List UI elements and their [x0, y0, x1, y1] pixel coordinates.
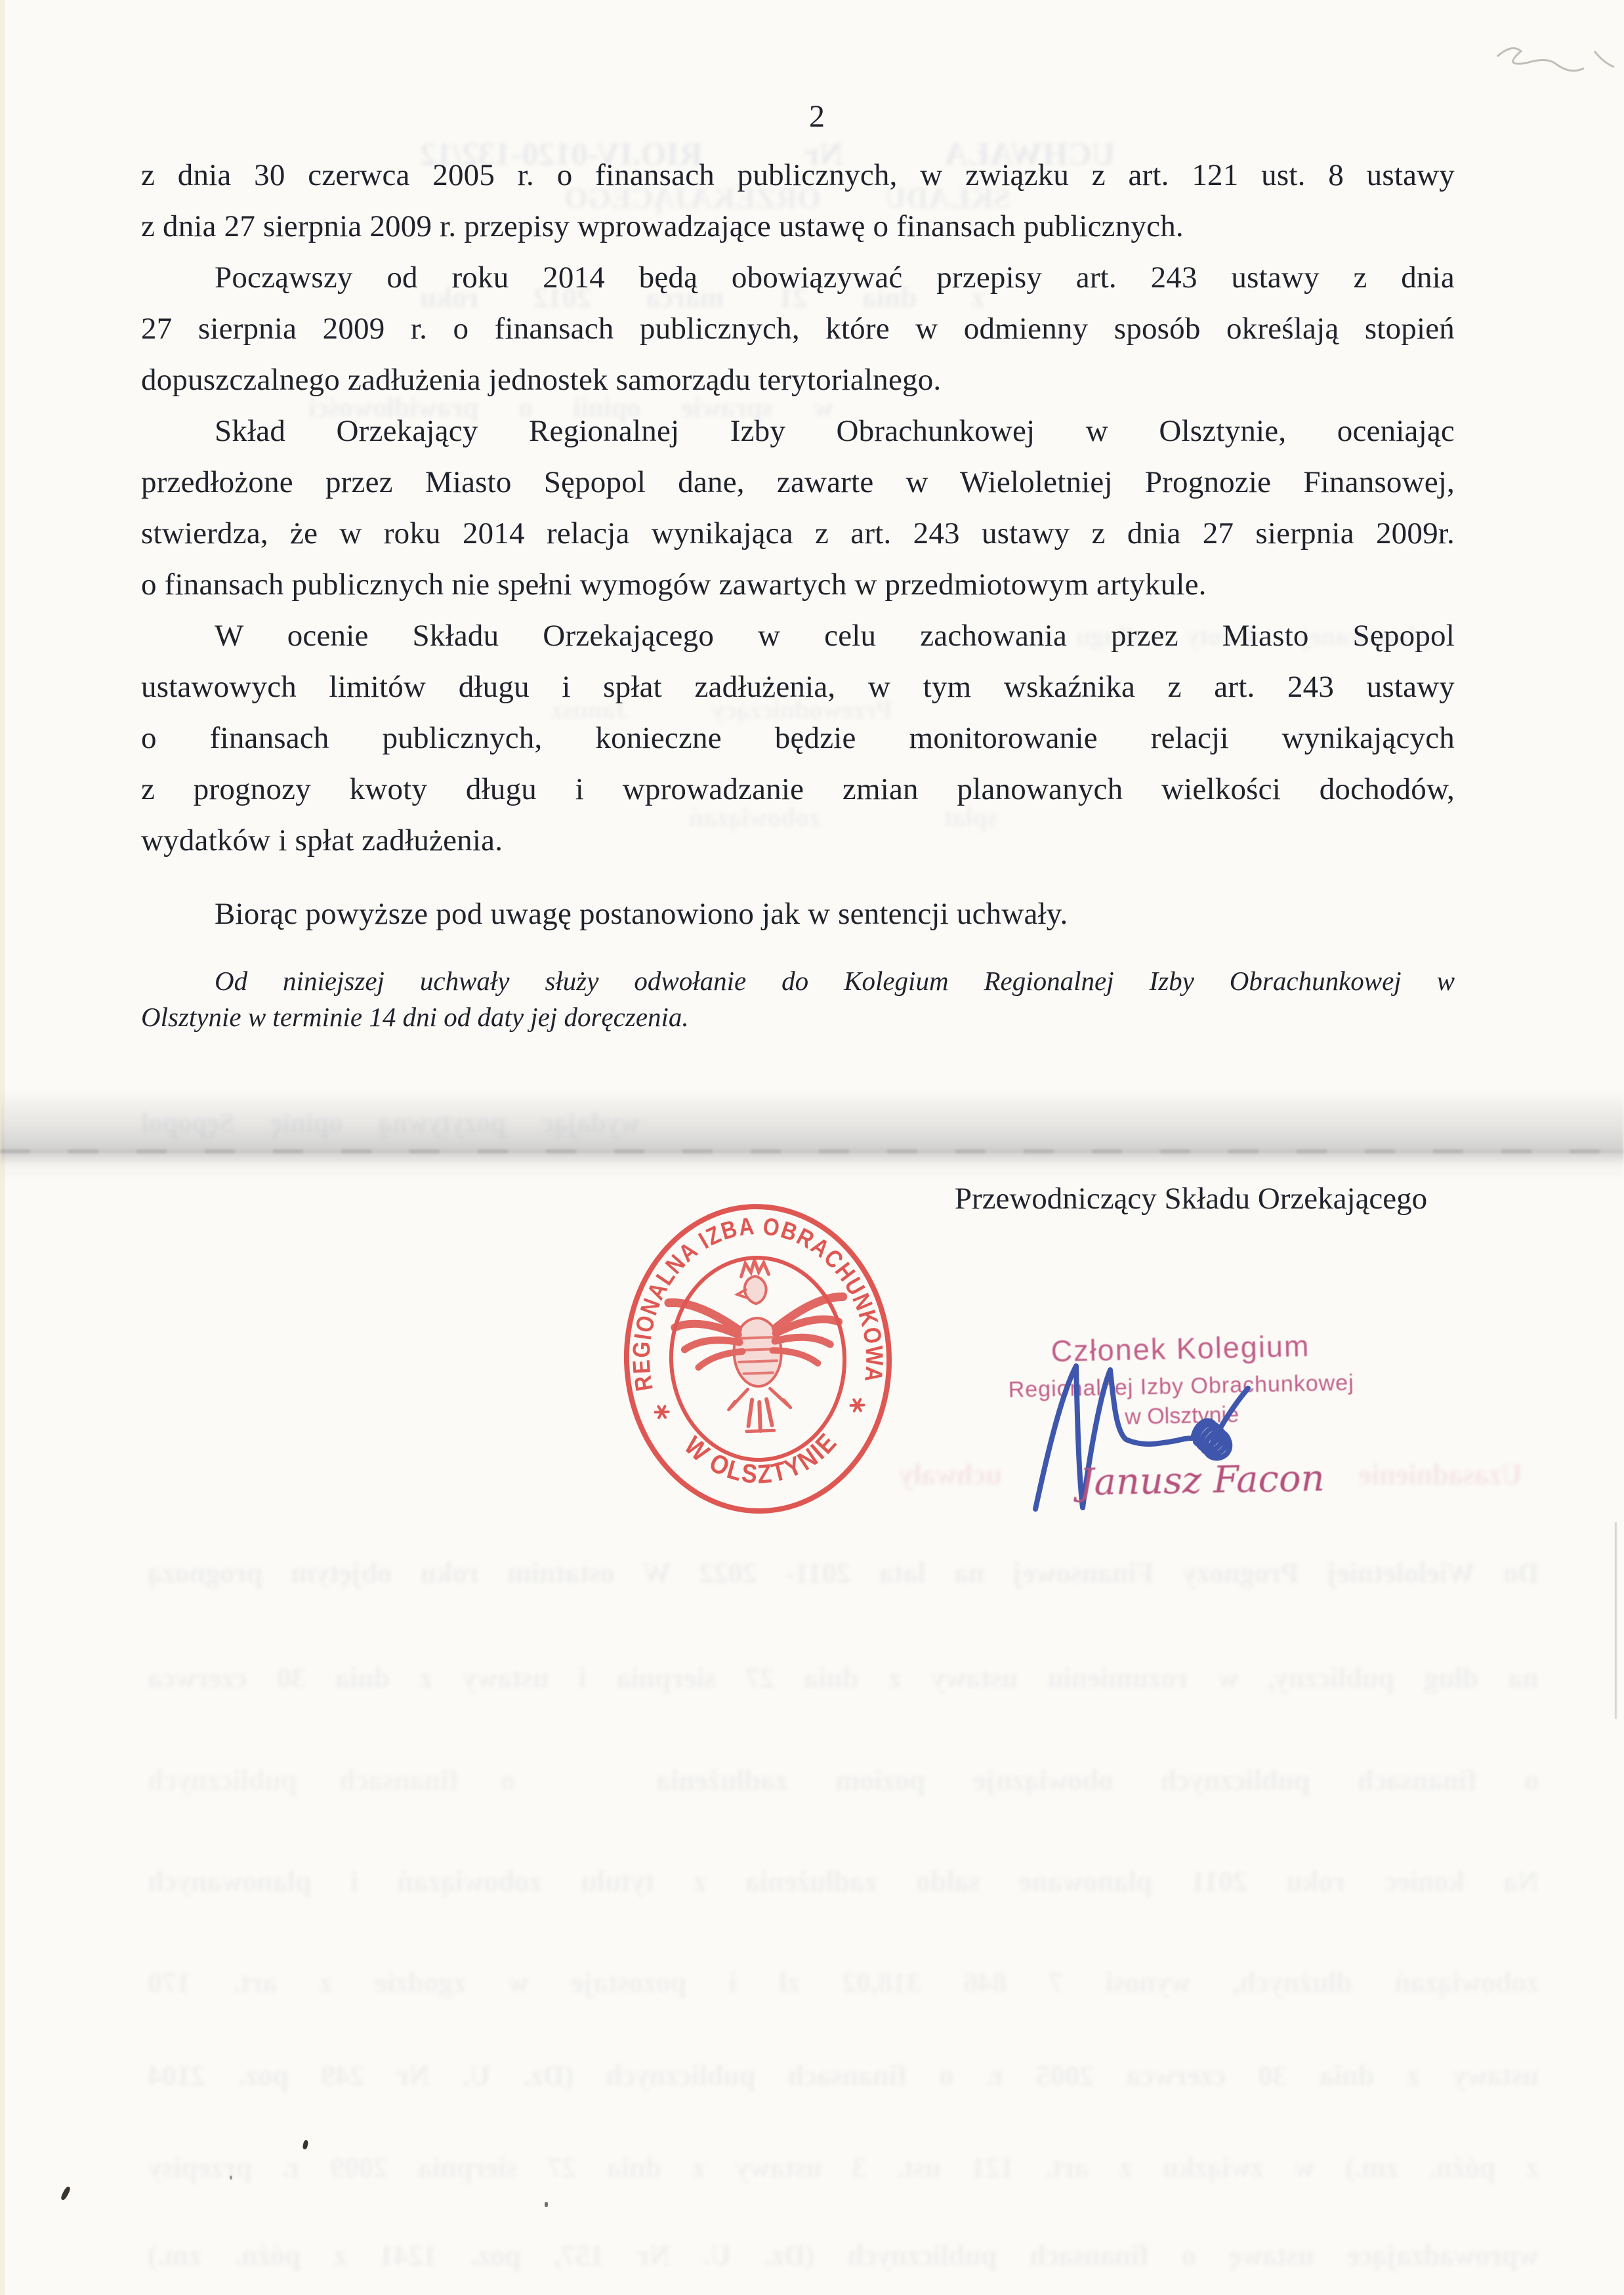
bleedthrough-text: ustawy z dnia 30 czerwca 2005 r. o finan…	[148, 2059, 1539, 2095]
body-line: W ocenie Składu Orzekającego w celu zach…	[141, 610, 1455, 661]
body-line: z dnia 27 sierpnia 2009 r. przepisy wpro…	[141, 201, 1455, 252]
bleedthrough-text: o finansach publicznych obowiązuje pozio…	[656, 1764, 1539, 1800]
body-line: z dnia 30 czerwca 2005 r. o finansach pu…	[141, 150, 1455, 201]
page-number: 2	[791, 98, 843, 134]
body-line: Począwszy od roku 2014 będą obowiązywać …	[141, 252, 1455, 303]
note-line: Od niniejszej uchwały służy odwołanie do…	[141, 963, 1455, 999]
fold-crease	[0, 1090, 1624, 1182]
ink-speck	[545, 2202, 548, 2207]
body-line: dopuszczalnego zadłużenia jednostek samo…	[141, 354, 1455, 405]
note-line: Olsztynie w terminie 14 dni od daty jej …	[141, 999, 1455, 1035]
paragraph-gap	[141, 866, 1455, 888]
body-line: wydatków i spłat zadłużenia.	[141, 815, 1455, 866]
ink-speck	[302, 2140, 309, 2149]
appeal-note: Od niniejszej uchwały służy odwołanie do…	[141, 963, 1455, 1035]
eagle-icon	[667, 1257, 848, 1434]
official-round-stamp-icon: REGIONALNA IZBA OBRACHUNKOWA W OLSZTYNIE	[617, 1198, 900, 1521]
ink-speck	[60, 2185, 71, 2201]
body-line: o finansach publicznych nie spełni wymog…	[141, 559, 1455, 610]
body-line: stwierdza, że w roku 2014 relacja wynika…	[141, 508, 1455, 559]
signatory-name-stamp: Janusz Facon	[1079, 1457, 1325, 1504]
body-line: Biorąc powyższe pod uwagę postanowiono j…	[141, 888, 1455, 940]
ink-speck	[230, 2176, 232, 2180]
body-line: o finansach publicznych, konieczne będzi…	[141, 713, 1455, 764]
fold-crease-line	[0, 1149, 1624, 1153]
body-line: Skład Orzekający Regionalnej Izby Obrach…	[141, 405, 1455, 457]
body-line: z prognozy kwoty długu i wprowadzanie zm…	[141, 764, 1455, 815]
scan-edge-line	[1615, 1522, 1617, 1719]
scanned-document-page: UCHWAŁA Nr RIO.IV-0120-132/12SKŁADU ORZE…	[0, 0, 1624, 2295]
bleedthrough-text: zobowiązań dłużnych, wynosi 7 846 318,02…	[148, 1966, 1539, 2002]
bleedthrough-text: o finansach publicznych	[148, 1764, 515, 1800]
signature-heading: Przewodniczący Składu Orzekającego	[909, 1181, 1473, 1216]
bleedthrough-text: Na koniec roku 2011 planowane saldo zadł…	[148, 1865, 1539, 1901]
body-line: przedłożone przez Miasto Sępopol dane, z…	[141, 457, 1455, 508]
body-line: ustawowych limitów długu i spłat zadłuże…	[141, 661, 1455, 713]
body-text: z dnia 30 czerwca 2005 r. o finansach pu…	[141, 150, 1455, 940]
bleedthrough-text: z późn. zm.) w związku z art. 121 ust. 3…	[148, 2151, 1539, 2187]
bleedthrough-text: na dług publiczny, w rozumieniu ustawy z…	[148, 1661, 1539, 1697]
bleedthrough-text: wprowadzające ustawę o finansach publicz…	[148, 2239, 1539, 2275]
body-line: 27 sierpnia 2009 r. o finansach publiczn…	[141, 303, 1455, 354]
pencil-scribble	[1484, 22, 1622, 94]
bleedthrough-text: Do Wieloletniej Prognozy Finansowej na l…	[148, 1556, 1539, 1592]
